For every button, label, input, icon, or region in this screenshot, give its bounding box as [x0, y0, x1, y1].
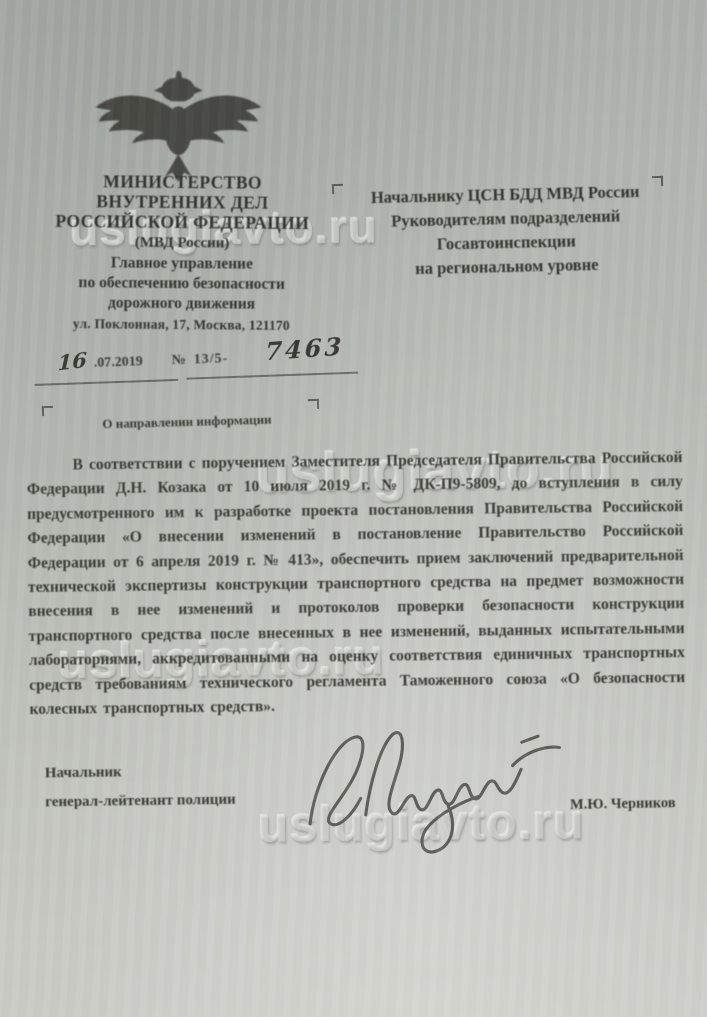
signer-post-line-2: генерал-лейтенант полиции [45, 786, 236, 818]
ministry-abbrev: (МВД России) [26, 231, 338, 256]
addressee-block: Начальнику ЦСН БДД МВД России Руководите… [331, 179, 681, 283]
body-paragraph: В соответствии с поручением Заместителя … [26, 446, 685, 722]
number-underline [186, 372, 358, 380]
postal-address: ул. Поклонная, 17, Москва, 121170 [25, 313, 337, 338]
date-day-handwritten: 16 [57, 347, 87, 376]
signer-name: М.Ю. Черников [570, 795, 676, 814]
ministry-line-2: ВНУТРЕННИХ ДЕЛ [26, 191, 338, 214]
handwritten-signature [289, 715, 576, 869]
department-line-1: Главное управление [26, 253, 338, 276]
scanned-letter-page: uslugiavto.ru uslugiavto.ru uslugiavto.r… [0, 0, 707, 1017]
signer-post: Начальник генерал-лейтенант полиции [45, 757, 236, 818]
date-printed: .07.2019 [94, 354, 144, 372]
ministry-line-1: МИНИСТЕРСТВО [27, 171, 339, 194]
reference-line: 16 .07.2019 № 13/5- 7463 [33, 336, 375, 400]
number-printed: 13/5- [193, 351, 228, 368]
number-sign: № [171, 353, 186, 369]
signer-post-line-1: Начальник [45, 757, 236, 789]
subject-line: О направлении информации [92, 411, 282, 432]
department-line-2: по обеспечению безопасности [26, 273, 338, 296]
ministry-line-3: РОССИЙСКОЙ ФЕДЕРАЦИИ [26, 211, 338, 234]
number-handwritten: 7463 [265, 332, 345, 367]
department-line-3: дорожного движения [25, 293, 337, 316]
corner-mark-right [308, 399, 319, 409]
corner-mark-left [42, 406, 53, 416]
date-underline [34, 379, 178, 386]
letterhead: МИНИСТЕРСТВО ВНУТРЕННИХ ДЕЛ РОССИЙСКОЙ Ф… [25, 171, 338, 338]
